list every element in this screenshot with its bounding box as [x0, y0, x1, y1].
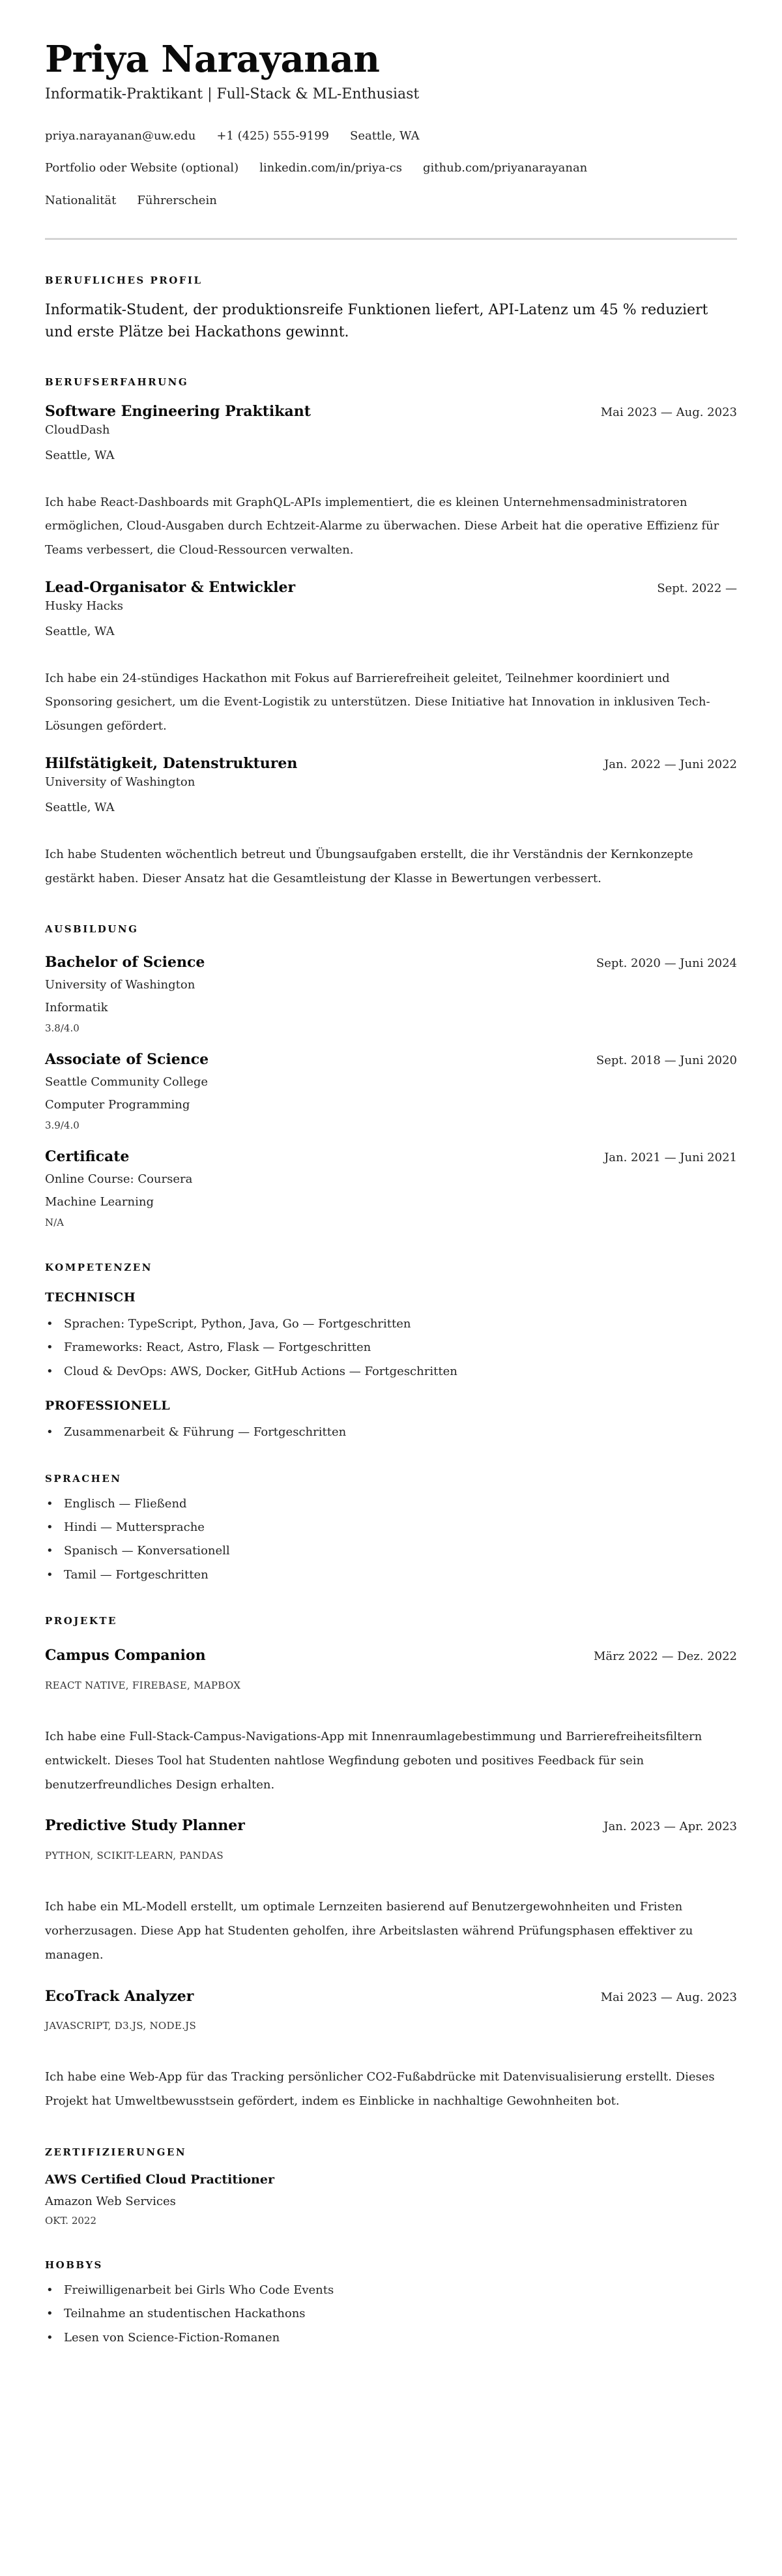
project-description: Ich habe eine Web-App für das Tracking p…	[45, 2065, 737, 2114]
bullet-icon: •	[46, 2306, 53, 2321]
skills-technical-title: Technisch	[45, 1290, 737, 1305]
degree-dates: Jan. 2021 — Juni 2021	[604, 1150, 737, 1165]
bullet-icon: •	[46, 1543, 53, 1558]
job-dates: Mai 2023 — Aug. 2023	[601, 405, 737, 420]
job-location: Seattle, WA	[45, 624, 737, 639]
skills-professional-title: Professionell	[45, 1399, 737, 1413]
projects-list: Campus Companion März 2022 — Dez. 2022 R…	[45, 1646, 737, 2114]
contact-phone[interactable]: +1 (425) 555-9199	[216, 128, 329, 143]
experience-list: Software Engineering Praktikant Mai 2023…	[45, 402, 737, 891]
section-experience: Berufserfahrung Software Engineering Pra…	[45, 376, 737, 891]
project-entry: Predictive Study Planner Jan. 2023 — Apr…	[45, 1816, 737, 1967]
portfolio-link[interactable]: Portfolio oder Website (optional)	[45, 160, 239, 175]
bullet-icon: •	[46, 2283, 53, 2298]
professional-skills-list: •Zusammenarbeit & Führung — Fortgeschrit…	[45, 1425, 737, 1440]
gpa: 3.9/4.0	[45, 1119, 737, 1133]
project-tech-stack: Python, scikit-learn, Pandas	[45, 1850, 737, 1861]
degree-title: Certificate	[45, 1147, 129, 1166]
certification-date: Okt. 2022	[45, 2215, 737, 2227]
candidate-name: Priya Narayanan	[45, 38, 737, 81]
hobbies-list: •Freiwilligenarbeit bei Girls Who Code E…	[45, 2283, 737, 2345]
contact-email[interactable]: priya.narayanan@uw.edu	[45, 128, 195, 143]
project-entry: EcoTrack Analyzer Mai 2023 — Aug. 2023 J…	[45, 1987, 737, 2114]
header-divider	[45, 238, 737, 240]
job-location: Seattle, WA	[45, 448, 737, 463]
education-entry: Certificate Jan. 2021 — Juni 2021 Online…	[45, 1147, 737, 1229]
section-title-projects: Projekte	[45, 1615, 737, 1627]
technical-skills-list: •Sprachen: TypeScript, Python, Java, Go …	[45, 1316, 737, 1379]
list-item: •Teilnahme an studentischen Hackathons	[45, 2306, 737, 2321]
bullet-icon: •	[46, 1425, 53, 1440]
project-description: Ich habe ein ML-Modell erstellt, um opti…	[45, 1895, 737, 1968]
project-dates: Mai 2023 — Aug. 2023	[601, 1990, 737, 2005]
experience-entry: Software Engineering Praktikant Mai 2023…	[45, 402, 737, 563]
job-description: Ich habe React-Dashboards mit GraphQL-AP…	[45, 491, 737, 563]
project-dates: März 2022 — Dez. 2022	[594, 1649, 737, 1664]
profile-summary: Informatik-Student, der produktionsreife…	[45, 299, 737, 344]
section-certifications: Zertifizierungen AWS Certified Cloud Pra…	[45, 2146, 737, 2227]
linkedin-link[interactable]: linkedin.com/in/priya-cs	[259, 160, 402, 175]
degree-title: Associate of Science	[45, 1050, 209, 1069]
section-skills: Kompetenzen Technisch •Sprachen: TypeScr…	[45, 1262, 737, 1440]
job-description: Ich habe Studenten wöchentlich betreut u…	[45, 843, 737, 891]
section-title-experience: Berufserfahrung	[45, 376, 737, 388]
nationality-field: Nationalität	[45, 193, 116, 208]
bullet-icon: •	[46, 1340, 53, 1355]
list-item: •Cloud & DevOps: AWS, Docker, GitHub Act…	[45, 1364, 737, 1379]
list-item: •Freiwilligenarbeit bei Girls Who Code E…	[45, 2283, 737, 2298]
drivers-license-field: Führerschein	[137, 193, 216, 208]
section-title-education: Ausbildung	[45, 923, 737, 935]
section-title-languages: Sprachen	[45, 1473, 737, 1485]
education-list: Bachelor of Science Sept. 2020 — Juni 20…	[45, 953, 737, 1229]
bullet-icon: •	[46, 1496, 53, 1511]
list-item: •Hindi — Muttersprache	[45, 1520, 737, 1535]
school-name: University of Washington	[45, 977, 737, 992]
education-entry: Associate of Science Sept. 2018 — Juni 2…	[45, 1050, 737, 1132]
job-company: CloudDash	[45, 422, 737, 437]
section-languages: Sprachen •Englisch — Fließend •Hindi — M…	[45, 1473, 737, 1583]
certification-name: AWS Certified Cloud Practitioner	[45, 2172, 737, 2187]
job-description: Ich habe ein 24-stündiges Hackathon mit …	[45, 667, 737, 739]
resume-header: Priya Narayanan Informatik-Praktikant | …	[45, 38, 737, 208]
bullet-icon: •	[46, 2330, 53, 2345]
school-name: Online Course: Coursera	[45, 1172, 737, 1187]
field-of-study: Informatik	[45, 1000, 737, 1015]
education-entry: Bachelor of Science Sept. 2020 — Juni 20…	[45, 953, 737, 1035]
section-projects: Projekte Campus Companion März 2022 — De…	[45, 1615, 737, 2114]
bullet-icon: •	[46, 1567, 53, 1582]
list-item: •Englisch — Fließend	[45, 1496, 737, 1511]
resume-page: Priya Narayanan Informatik-Praktikant | …	[0, 0, 782, 2384]
section-title-certifications: Zertifizierungen	[45, 2146, 737, 2158]
list-item: •Lesen von Science-Fiction-Romanen	[45, 2330, 737, 2345]
gpa: 3.8/4.0	[45, 1022, 737, 1035]
project-tech-stack: JavaScript, D3.js, Node.js	[45, 2020, 737, 2032]
section-hobbies: Hobbys •Freiwilligenarbeit bei Girls Who…	[45, 2259, 737, 2345]
list-item: •Zusammenarbeit & Führung — Fortgeschrit…	[45, 1425, 737, 1440]
job-company: Husky Hacks	[45, 599, 737, 614]
github-link[interactable]: github.com/priyanarayanan	[423, 160, 587, 175]
job-title: Software Engineering Praktikant	[45, 402, 311, 421]
job-title: Lead-Organisator & Entwickler	[45, 578, 295, 597]
degree-title: Bachelor of Science	[45, 953, 205, 972]
contact-row-personal: Nationalität Führerschein	[45, 193, 737, 208]
contact-row-primary: priya.narayanan@uw.edu +1 (425) 555-9199…	[45, 128, 737, 143]
job-dates: Sept. 2022 —	[657, 581, 737, 596]
section-profile: Berufliches Profil Informatik-Student, d…	[45, 274, 737, 344]
section-title-hobbies: Hobbys	[45, 2259, 737, 2271]
project-name: Predictive Study Planner	[45, 1816, 245, 1835]
list-item: •Tamil — Fortgeschritten	[45, 1567, 737, 1582]
list-item: •Sprachen: TypeScript, Python, Java, Go …	[45, 1316, 737, 1331]
list-item: •Spanisch — Konversationell	[45, 1543, 737, 1558]
contact-row-links: Portfolio oder Website (optional) linked…	[45, 160, 737, 175]
job-dates: Jan. 2022 — Juni 2022	[604, 757, 737, 772]
school-name: Seattle Community College	[45, 1074, 737, 1089]
candidate-headline: Informatik-Praktikant | Full-Stack & ML-…	[45, 85, 737, 104]
gpa: N/A	[45, 1217, 737, 1230]
certification-issuer: Amazon Web Services	[45, 2195, 737, 2208]
project-name: EcoTrack Analyzer	[45, 1987, 194, 2006]
project-tech-stack: React Native, Firebase, Mapbox	[45, 1680, 737, 1691]
job-company: University of Washington	[45, 775, 737, 790]
project-entry: Campus Companion März 2022 — Dez. 2022 R…	[45, 1646, 737, 1797]
section-title-skills: Kompetenzen	[45, 1262, 737, 1273]
job-title: Hilfstätigkeit, Datenstrukturen	[45, 754, 297, 773]
section-education: Ausbildung Bachelor of Science Sept. 202…	[45, 923, 737, 1229]
project-name: Campus Companion	[45, 1646, 206, 1665]
job-location: Seattle, WA	[45, 800, 737, 815]
project-description: Ich habe eine Full-Stack-Campus-Navigati…	[45, 1725, 737, 1798]
degree-dates: Sept. 2018 — Juni 2020	[596, 1053, 737, 1068]
bullet-icon: •	[46, 1520, 53, 1535]
project-dates: Jan. 2023 — Apr. 2023	[603, 1819, 737, 1834]
degree-dates: Sept. 2020 — Juni 2024	[596, 956, 737, 971]
bullet-icon: •	[46, 1364, 53, 1379]
experience-entry: Hilfstätigkeit, Datenstrukturen Jan. 202…	[45, 754, 737, 891]
field-of-study: Computer Programming	[45, 1097, 737, 1112]
field-of-study: Machine Learning	[45, 1194, 737, 1209]
bullet-icon: •	[46, 1316, 53, 1331]
contact-location: Seattle, WA	[350, 128, 420, 143]
certification-entry: AWS Certified Cloud Practitioner Amazon …	[45, 2172, 737, 2227]
section-title-profile: Berufliches Profil	[45, 274, 737, 286]
languages-list: •Englisch — Fließend •Hindi — Mutterspra…	[45, 1496, 737, 1583]
experience-entry: Lead-Organisator & Entwickler Sept. 2022…	[45, 578, 737, 739]
list-item: •Frameworks: React, Astro, Flask — Fortg…	[45, 1340, 737, 1355]
